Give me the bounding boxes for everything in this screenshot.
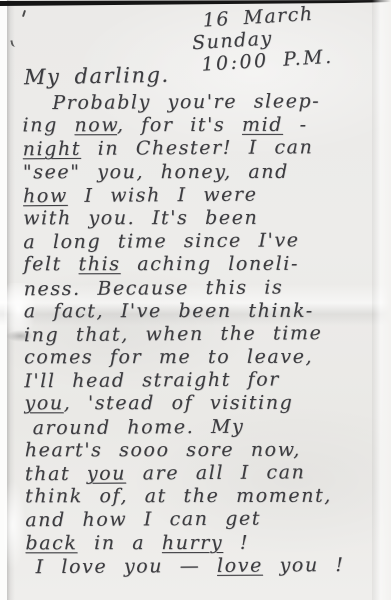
salutation: My darling. <box>24 63 170 90</box>
letter-line: back in a hurry ! <box>25 531 381 555</box>
letter-line: you, 'stead of visiting <box>24 392 380 416</box>
letter-line: I'll head straight for <box>24 368 380 394</box>
letter-line: and how I can get <box>25 507 381 533</box>
letter-line: heart's sooo sore now, <box>25 438 381 462</box>
letter-line: ing now, for it's mid - <box>23 114 379 138</box>
letter-line: I love you — love you ! <box>26 554 382 580</box>
letter-line: think of, at the moment, <box>25 485 381 509</box>
letter-line: felt this aching loneli- <box>23 253 379 277</box>
letter-line: a long time since I've <box>23 229 379 255</box>
letter-body: Probably you're sleep-ing now, for it's … <box>22 90 381 579</box>
letter-line: with you. It's been <box>23 207 379 231</box>
letter-line: "see" you, honey, and <box>23 160 379 184</box>
letter-line: how I wish I were <box>23 183 379 209</box>
date-block: 16 March Sunday 10:00 P.M. <box>190 2 334 76</box>
letter-scan: 16 March Sunday 10:00 P.M. My darling. P… <box>0 0 391 600</box>
letter-line: Probably you're sleep- <box>22 90 378 116</box>
fold-highlight-lower <box>4 480 26 570</box>
pen-mark <box>22 10 26 17</box>
letter-line: that you are all I can <box>25 461 381 487</box>
scan-top-edge <box>0 0 391 7</box>
letter-line: ness. Because this is <box>24 275 380 301</box>
letter-line: around home. My <box>25 414 381 440</box>
letter-line: ing that, when the time <box>24 322 380 348</box>
letter-line: comes for me to leave, <box>24 346 380 370</box>
letter-line: a fact, I've been think- <box>24 299 380 323</box>
letter-line: night in Chester! I can <box>23 136 379 162</box>
